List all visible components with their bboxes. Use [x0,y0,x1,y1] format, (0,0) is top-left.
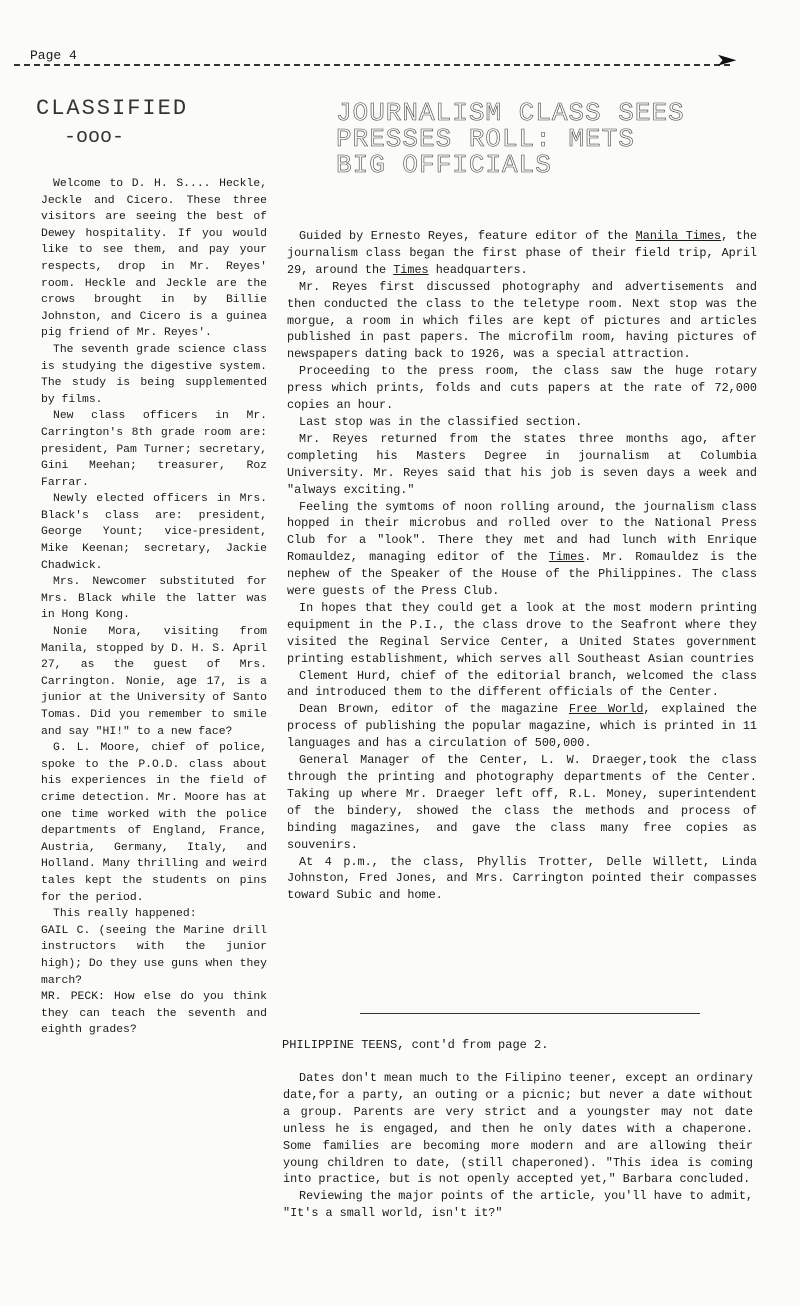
classified-subtitle: -ooo- [64,126,124,149]
article-paragraph: Mr. Reyes first discussed photography an… [287,279,757,364]
classified-column: Welcome to D. H. S.... Heckle, Jeckle an… [41,176,267,1039]
classified-paragraph: Nonie Mora, visiting from Manila, stoppe… [41,624,267,740]
article-paragraph: At 4 p.m., the class, Phyllis Trotter, D… [287,854,757,905]
newspaper-name: Manila Times [636,229,721,243]
article-paragraph: Proceeding to the press room, the class … [287,363,757,414]
teens-article: Dates don't mean much to the Filipino te… [283,1070,753,1222]
article-paragraph: In hopes that they could get a look at t… [287,600,757,668]
classified-paragraph: Mrs. Newcomer substituted for Mrs. Black… [41,574,267,624]
headline-line: PRESSES ROLL: METS [336,126,756,152]
classified-paragraph: New class officers in Mr. Carrington's 8… [41,408,267,491]
article-paragraph: Guided by Ernesto Reyes, feature editor … [287,228,757,279]
arrow-ornament-icon: ➤ [716,54,739,74]
page-number: Page 4 [30,48,77,63]
header-rule [14,64,730,66]
classified-paragraph: Newly elected officers in Mrs. Black's c… [41,491,267,574]
dialogue-line: MR. PECK: How else do you think they can… [41,989,267,1039]
dialogue-line: GAIL C. (seeing the Marine drill instruc… [41,923,267,989]
magazine-name: Free World [569,702,643,716]
classified-paragraph: The seventh grade science class is study… [41,342,267,408]
article-paragraph: Clement Hurd, chief of the editorial bra… [287,668,757,702]
classified-paragraph: This really happened: [41,906,267,923]
newspaper-name: Times [393,263,428,277]
classified-title: CLASSIFIED [36,96,256,121]
journalism-article: Guided by Ernesto Reyes, feature editor … [287,228,757,904]
article-paragraph: Feeling the symtoms of noon rolling arou… [287,499,757,600]
newspaper-name: Times [549,550,584,564]
headline-line: BIG OFFICIALS [336,152,756,178]
classified-paragraph: G. L. Moore, chief of police, spoke to t… [41,740,267,906]
headline-line: JOURNALISM CLASS SEES [336,100,756,126]
article-paragraph: General Manager of the Center, L. W. Dra… [287,752,757,853]
section-divider [360,1013,700,1014]
article-paragraph: Mr. Reyes returned from the states three… [287,431,757,499]
article-paragraph: Dean Brown, editor of the magazine Free … [287,701,757,752]
article-paragraph: Reviewing the major points of the articl… [283,1188,753,1222]
article-paragraph: Last stop was in the classified section. [287,414,757,431]
teens-heading: PHILIPPINE TEENS, cont'd from page 2. [282,1038,548,1052]
article-paragraph: Dates don't mean much to the Filipino te… [283,1070,753,1188]
journalism-headline: JOURNALISM CLASS SEES PRESSES ROLL: METS… [336,100,756,178]
classified-paragraph: Welcome to D. H. S.... Heckle, Jeckle an… [41,176,267,342]
